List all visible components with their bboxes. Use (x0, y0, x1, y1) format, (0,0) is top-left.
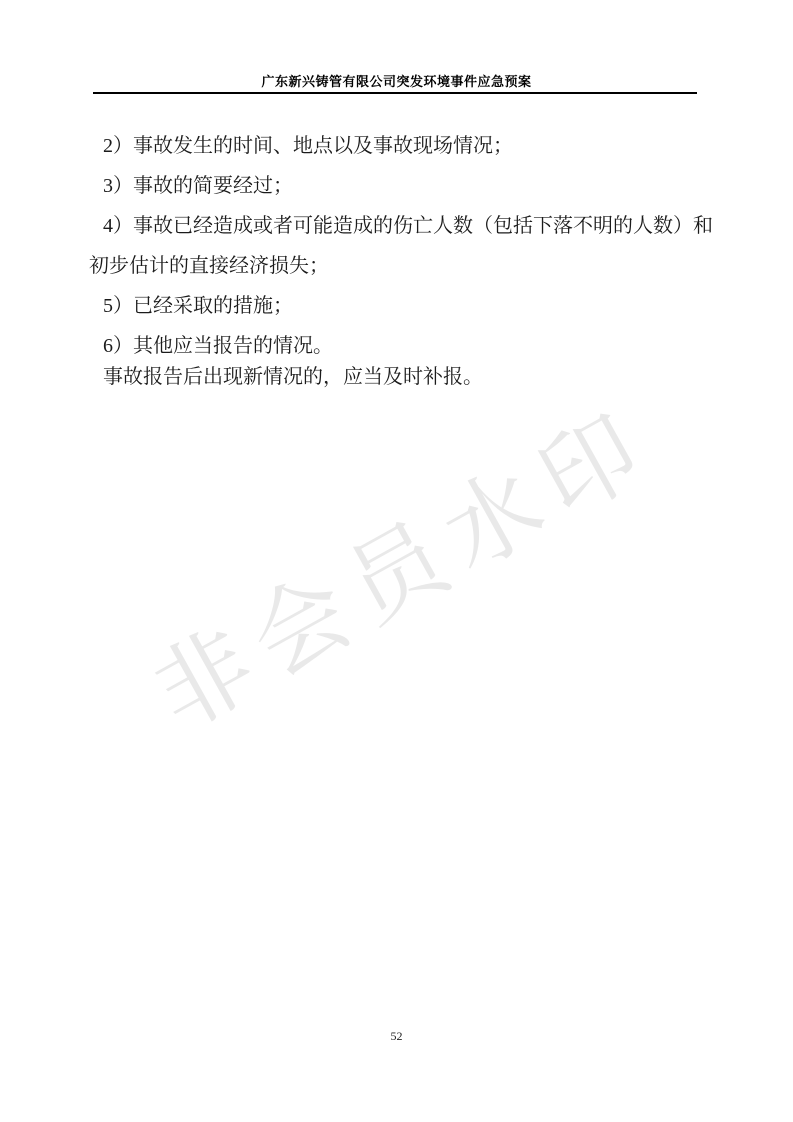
document-page: 非会员水印 广东新兴铸管有限公司突发环境事件应急预案 2）事故发生的时间、地点以… (0, 0, 793, 1122)
body-line: 3）事故的简要经过； (89, 166, 717, 206)
watermark-text: 非会员水印 (127, 370, 674, 756)
body-line: 初步估计的直接经济损失； (89, 246, 717, 286)
body-line: 事故报告后出现新情况的，应当及时补报。 (89, 357, 717, 397)
body-line: 2）事故发生的时间、地点以及事故现场情况； (89, 126, 717, 166)
page-header-title: 广东新兴铸管有限公司突发环境事件应急预案 (0, 74, 793, 90)
document-body: 2）事故发生的时间、地点以及事故现场情况； 3）事故的简要经过； 4）事故已经造… (89, 126, 717, 397)
header-divider-line (93, 92, 697, 94)
page-number: 52 (0, 1029, 793, 1043)
body-line: 4）事故已经造成或者可能造成的伤亡人数（包括下落不明的人数）和 (89, 206, 717, 246)
body-line: 5）已经采取的措施； (89, 286, 717, 326)
